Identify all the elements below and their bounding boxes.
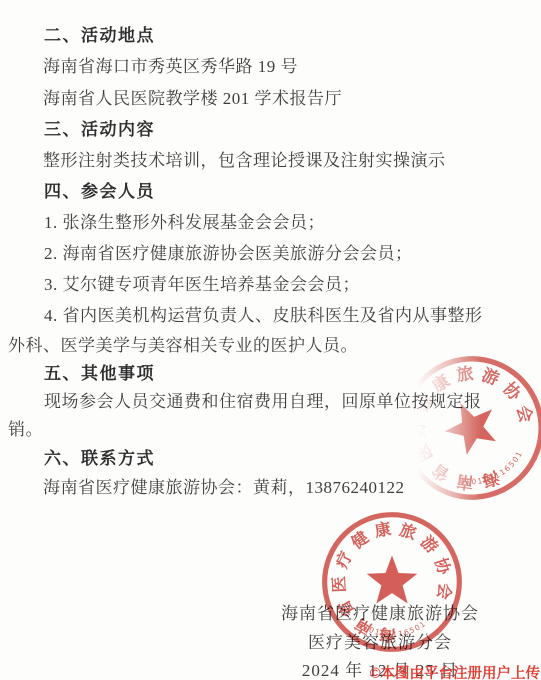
line-participant-4a: 4. 省内医美机构运营负责人、皮肤科医生及省内从事整形: [44, 306, 483, 326]
signature-branch: 医疗美容旅游分会: [308, 628, 452, 653]
svg-text:1: 1: [477, 476, 483, 486]
heading-activity-location: 二、活动地点: [44, 26, 155, 46]
line-activity-content: 整形注射类技术培训，包含理论授课及注射实操演示: [43, 151, 446, 171]
seal-arc-text: 海南省医疗健康旅游协会: [329, 519, 454, 645]
heading-participants: 四、参会人员: [44, 182, 155, 202]
svg-text:游: 游: [417, 532, 442, 557]
svg-text:康: 康: [373, 519, 393, 541]
svg-text:省: 省: [428, 460, 453, 485]
heading-activity-content: 三、活动内容: [44, 120, 155, 140]
svg-text:医: 医: [412, 441, 437, 465]
svg-text:0: 0: [459, 476, 466, 486]
svg-text:疗: 疗: [407, 419, 427, 437]
seal-arc-text: 海南省医疗健康旅游协会: [396, 352, 541, 504]
svg-text:0: 0: [482, 475, 489, 485]
star-icon: [367, 555, 418, 603]
seal-ring: [396, 352, 541, 504]
svg-text:6: 6: [502, 463, 512, 473]
svg-text:协: 协: [499, 378, 526, 405]
line-participant-3: 3. 艾尔键专项青年医生培养基金会会员；: [44, 275, 360, 295]
scanned-document-page: 二、活动地点 海南省海口市秀英区秀华路 19 号 海南省人民医院教学楼 201 …: [0, 0, 541, 680]
svg-text:游: 游: [479, 364, 502, 389]
svg-text:海: 海: [479, 467, 502, 492]
official-seal-partial: 海南省医疗健康旅游协会 010100116501: [396, 352, 541, 504]
svg-text:1: 1: [465, 477, 471, 486]
line-other-matters-a: 现场参会人员交通费和住宿费用自理，回原单位按规定报: [44, 392, 482, 412]
svg-text:1: 1: [493, 470, 502, 480]
svg-text:1: 1: [498, 467, 507, 477]
svg-text:疗: 疗: [332, 548, 357, 572]
svg-text:0: 0: [471, 477, 476, 486]
seal-right-group: 海南省医疗健康旅游协会 010100116501: [396, 352, 541, 504]
svg-text:南: 南: [455, 471, 474, 493]
svg-text:0: 0: [488, 473, 496, 483]
heading-other-matters: 五、其他事项: [44, 364, 155, 384]
svg-text:旅: 旅: [455, 363, 474, 385]
svg-text:5: 5: [507, 459, 517, 469]
line-participant-4b: 外科、医学美学与美容相关专业的医护人员。: [8, 336, 358, 356]
svg-text:协: 协: [431, 555, 454, 577]
svg-text:健: 健: [347, 527, 373, 553]
line-address-street: 海南省海口市秀英区秀华路 19 号: [43, 57, 298, 77]
line-address-hall: 海南省人民医院教学楼 201 学术报告厅: [43, 89, 342, 109]
svg-text:会: 会: [513, 403, 537, 425]
heading-contact: 六、联系方式: [44, 449, 155, 469]
svg-text:0: 0: [510, 455, 520, 464]
svg-text:1: 1: [514, 450, 524, 459]
seal-serial-number: 010100116501: [455, 448, 529, 496]
line-participant-2: 2. 海南省医疗健康旅游协会医美旅游分会会员；: [44, 244, 413, 264]
signature-org: 海南省医疗健康旅游协会: [281, 599, 479, 624]
line-contact-info: 海南省医疗健康旅游协会：黄莉，13876240122: [43, 478, 405, 498]
platform-watermark: ©本图由平台注册用户上传: [370, 662, 540, 680]
line-other-matters-b: 销。: [8, 420, 43, 440]
svg-text:旅: 旅: [397, 520, 419, 543]
line-participant-1: 1. 张涤生整形外科发展基金会会员；: [44, 213, 325, 233]
svg-text:医: 医: [329, 576, 349, 593]
